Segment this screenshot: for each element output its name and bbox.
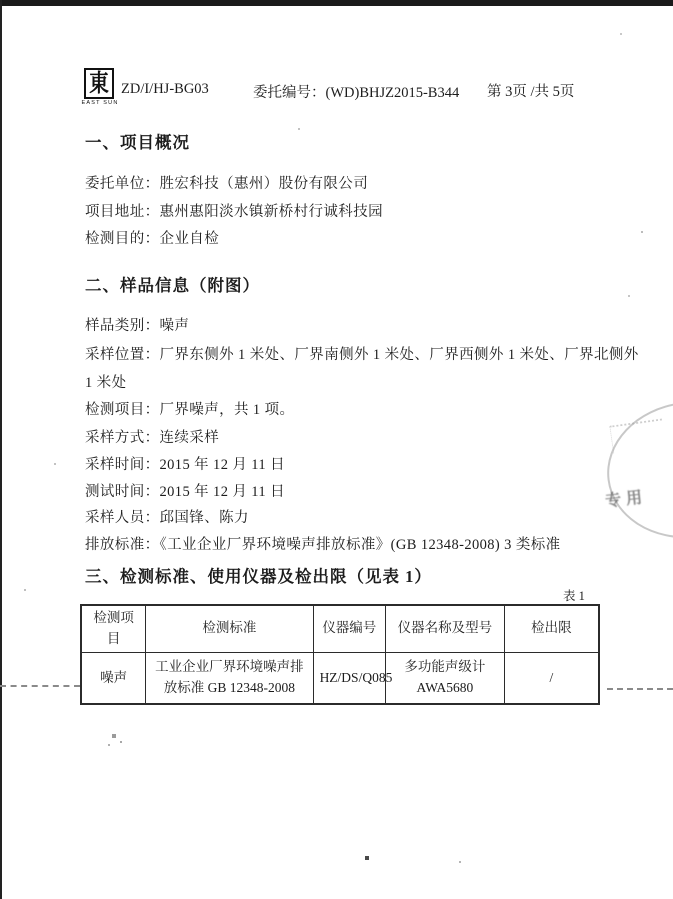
table-row: 噪声 工业企业厂界环境噪声排放标准 GB 12348-2008 HZ/DS/Q0… [81,652,599,704]
field-sampling-method: 采样方式：连续采样 [85,426,219,447]
cell-test-item: 噪声 [81,652,146,704]
field-emission-standard: 排放标准：《工业企业厂界环境噪声排放标准》(GB 12348-2008) 3 类… [85,533,561,554]
table1-label: 表 1 [563,586,585,604]
field-sample-type: 样品类别：噪声 [85,314,189,335]
seal-text: 专用 [604,484,648,511]
field-project-address: 项目地址：惠州惠阳淡水镇新桥村行诚科技园 [85,200,383,221]
eastsun-logo-icon: 東 [84,68,114,99]
field-test-items: 检测项目：厂界噪声，共 1 项。 [85,398,294,419]
scan-edge-left [0,0,2,899]
cell-instrument-name: 多功能声级计 AWA5680 [386,652,505,704]
scanned-report-page: 東 EAST SUN ZD/I/HJ-BG03 委托编号：(WD)BHJZ201… [0,0,673,899]
seal-oval-border [599,393,673,548]
logo-glyph: 東 [89,72,109,96]
section1-title: 一、项目概况 [85,129,190,153]
col-header-test-item: 检测项目 [81,605,146,652]
cell-detection-limit: / [504,652,599,704]
scan-edge-top [0,0,673,6]
section2-title: 二、样品信息（附图） [85,272,260,296]
standards-instruments-table: 检测项目 检测标准 仪器编号 仪器名称及型号 检出限 噪声 工业企业厂界环境噪声… [80,604,600,705]
field-sampling-location-line2: 1 米处 [85,371,126,392]
page-number: 第 3页 /共 5页 [487,80,574,101]
fold-mark-left [0,685,80,687]
col-header-instrument-no: 仪器编号 [313,605,386,652]
field-sampling-personnel: 采样人员：邱国锋、陈力 [85,506,249,527]
col-header-test-standard: 检测标准 [146,605,313,652]
field-testing-date: 测试时间：2015 年 12 月 11 日 [85,480,285,501]
partial-seal-stamp: 专用 [597,388,673,550]
document-code: ZD/I/HJ-BG03 [121,81,209,98]
col-header-instrument-name: 仪器名称及型号 [386,605,505,652]
field-sampling-location-line1: 采样位置：厂界东侧外 1 米处、厂界南侧外 1 米处、厂界西侧外 1 米处、厂界… [85,343,639,364]
section3-title: 三、检测标准、使用仪器及检出限（见表 1） [85,563,432,587]
table-header-row: 检测项目 检测标准 仪器编号 仪器名称及型号 检出限 [81,605,599,652]
cell-instrument-no: HZ/DS/Q085 [313,652,386,704]
field-sampling-date: 采样时间：2015 年 12 月 11 日 [85,453,285,474]
field-test-purpose: 检测目的：企业自检 [85,227,219,248]
commission-number: 委托编号：(WD)BHJZ2015-B344 [253,81,459,102]
cell-test-standard: 工业企业厂界环境噪声排放标准 GB 12348-2008 [146,652,313,704]
fold-mark-right [607,688,673,690]
dust-specks [0,0,2,2]
col-header-detection-limit: 检出限 [504,605,599,652]
logo-caption: EAST SUN [78,100,122,106]
field-client: 委托单位：胜宏科技（惠州）股份有限公司 [85,172,368,193]
